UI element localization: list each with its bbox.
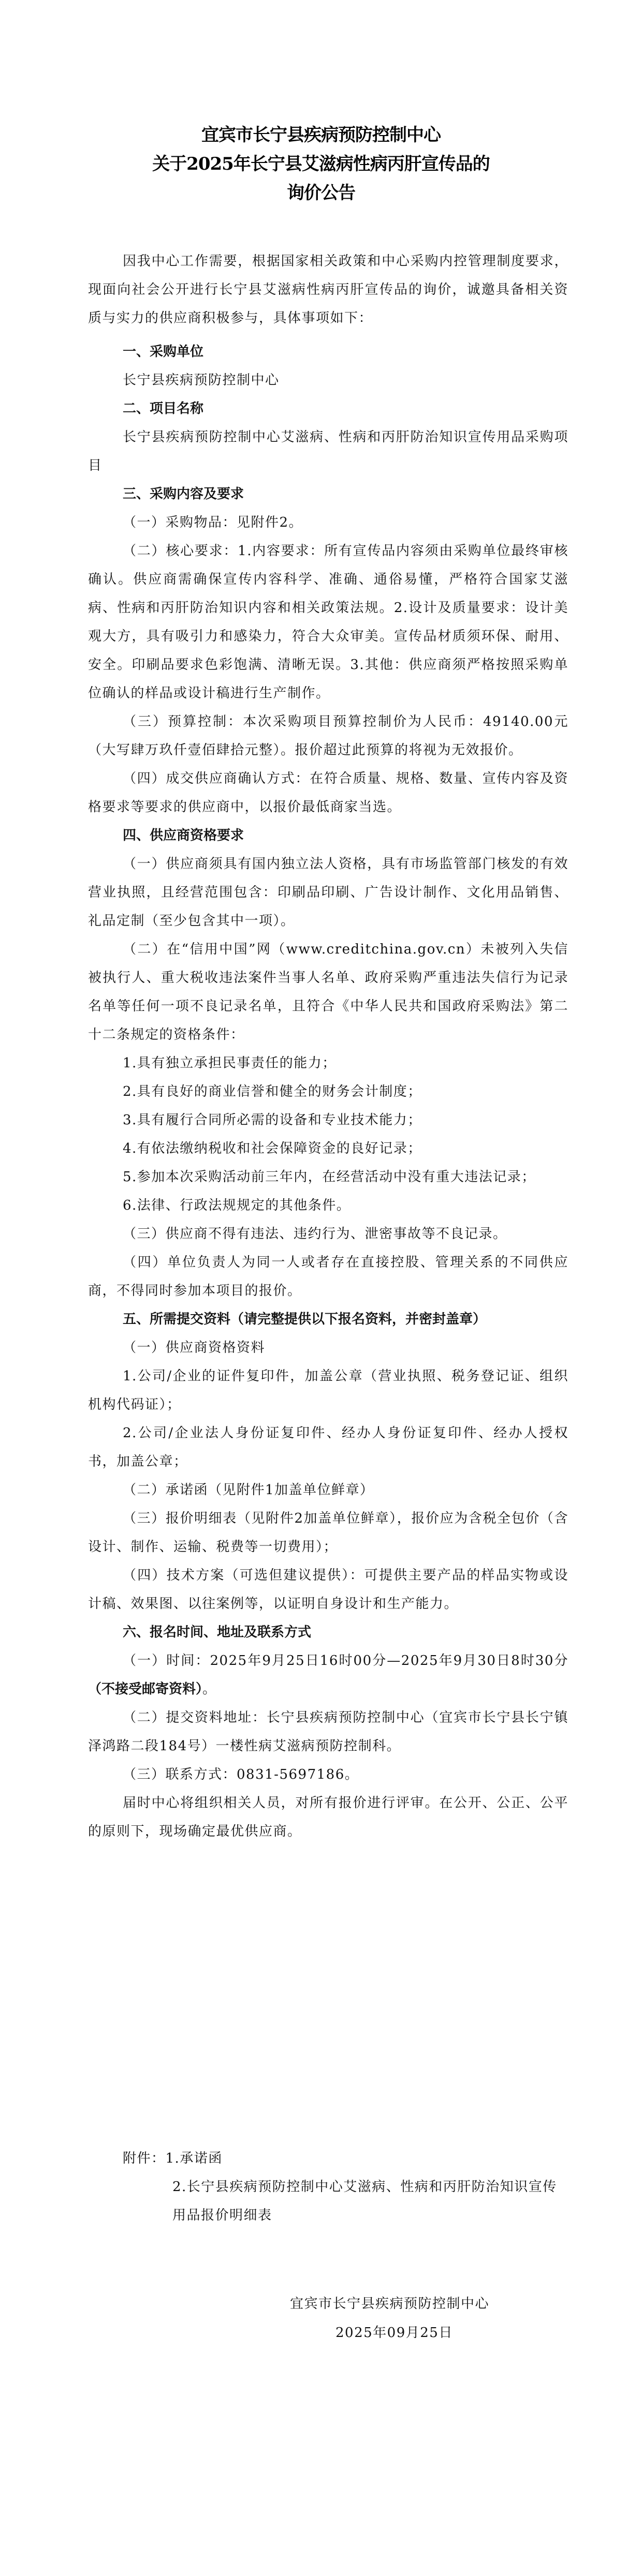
- section-5-item: （二）承诺函（见附件1加盖单位鲜章）: [88, 1476, 568, 1505]
- section-2-text: 长宁县疾病预防控制中心艾滋病、性病和丙肝防治知识宣传用品采购项目: [88, 423, 568, 480]
- no-mail-notice: （不接受邮寄资料）: [88, 1681, 202, 1697]
- registration-time-end: 。: [202, 1681, 217, 1697]
- section-4-item: （三）供应商不得有违法、违约行为、泄密事故等不良记录。: [88, 1220, 568, 1248]
- section-5-item: （三）报价明细表（见附件2加盖单位鲜章），报价应为含税全包价（含设计、制作、运输…: [88, 1505, 568, 1561]
- title-line-3: 询价公告: [0, 181, 642, 205]
- attachment-2: 2.长宁县疾病预防控制中心艾滋病、性病和丙肝防治知识宣传用品报价明细表: [123, 2173, 568, 2230]
- section-4-item: 2.具有良好的商业信誉和健全的财务会计制度；: [88, 1078, 568, 1106]
- title-line-1: 宜宾市长宁县疾病预防控制中心: [0, 123, 642, 147]
- intro-paragraph: 因我中心工作需要，根据国家相关政策和中心采购内控管理制度要求，现面向社会公开进行…: [88, 247, 568, 333]
- section-3-item: （一）采购物品：见附件2。: [88, 509, 568, 537]
- title-line-2: 关于2025年长宁县艾滋病性病丙肝宣传品的: [0, 152, 642, 176]
- section-5-heading: 五、所需提交资料（请完整提供以下报名资料，并密封盖章）: [88, 1305, 568, 1334]
- signature-org: 宜宾市长宁县疾病预防控制中心: [290, 2289, 549, 2318]
- contact-phone: （三）联系方式：0831-5697186。: [88, 1761, 568, 1789]
- registration-time: （一）时间：2025年9月25日16时00分—2025年9月30日8时30分（不…: [88, 1647, 568, 1704]
- notice-body: 因我中心工作需要，根据国家相关政策和中心采购内控管理制度要求，现面向社会公开进行…: [88, 247, 568, 1846]
- section-3-item: （三）预算控制：本次采购项目预算控制价为人民币：49140.00元（大写肆万玖仟…: [88, 708, 568, 765]
- section-4-item: 1.具有独立承担民事责任的能力；: [88, 1049, 568, 1078]
- section-5-item: （一）供应商资格资料: [88, 1334, 568, 1362]
- section-1-text: 长宁县疾病预防控制中心: [88, 366, 568, 395]
- section-4-item: （四）单位负责人为同一人或者存在直接控股、管理关系的不同供应商，不得同时参加本项…: [88, 1248, 568, 1305]
- attachment-1: 附件：1.承诺函: [123, 2145, 568, 2173]
- closing-paragraph: 届时中心将组织相关人员，对所有报价进行评审。在公开、公正、公平的原则下，现场确定…: [88, 1789, 568, 1846]
- section-3-item: （四）成交供应商确认方式：在符合质量、规格、数量、宣传内容及资格要求等要求的供应…: [88, 765, 568, 822]
- submission-address: （二）提交资料地址：长宁县疾病预防控制中心（宜宾市长宁县长宁镇泽鸿路二段184号…: [88, 1704, 568, 1761]
- section-3-heading: 三、采购内容及要求: [88, 480, 568, 509]
- section-4-item: 6.法律、行政法规规定的其他条件。: [88, 1192, 568, 1220]
- section-1-heading: 一、采购单位: [88, 338, 568, 366]
- section-2-heading: 二、项目名称: [88, 395, 568, 423]
- attachment-1-text: 1.承诺函: [166, 2151, 223, 2166]
- registration-time-text: （一）时间：2025年9月25日16时00分—2025年9月30日8时30分: [123, 1653, 568, 1669]
- attachments: 附件：1.承诺函 2.长宁县疾病预防控制中心艾滋病、性病和丙肝防治知识宣传用品报…: [123, 2145, 568, 2230]
- section-5-item: （四）技术方案（可选但建议提供）：可提供主要产品的样品实物或设计稿、效果图、以往…: [88, 1561, 568, 1618]
- section-4-item: （一）供应商须具有国内独立法人资格，具有市场监管部门核发的有效营业执照，且经营范…: [88, 850, 568, 935]
- signature-date: 2025年09月25日: [335, 2318, 594, 2347]
- section-4-item: （二）在“信用中国”网（www.creditchina.gov.cn）未被列入失…: [88, 935, 568, 1049]
- section-4-item: 3.具有履行合同所必需的设备和专业技术能力；: [88, 1106, 568, 1135]
- section-3-item: （二）核心要求：1.内容要求：所有宣传品内容须由采购单位最终审核确认。供应商需确…: [88, 537, 568, 708]
- section-6-heading: 六、报名时间、地址及联系方式: [88, 1618, 568, 1647]
- section-4-item: 5.参加本次采购活动前三年内，在经营活动中没有重大违法记录；: [88, 1163, 568, 1192]
- section-4-item: 4.有依法缴纳税收和社会保障资金的良好记录；: [88, 1135, 568, 1163]
- attachment-2-text: 2.长宁县疾病预防控制中心艾滋病、性病和丙肝防治知识宣传用品报价明细表: [172, 2173, 568, 2230]
- section-4-heading: 四、供应商资格要求: [88, 822, 568, 850]
- section-5-item: 2.公司/企业法人身份证复印件、经办人身份证复印件、经办人授权书，加盖公章；: [88, 1419, 568, 1476]
- attachments-label: 附件：: [123, 2151, 166, 2166]
- section-5-item: 1.公司/企业的证件复印件，加盖公章（营业执照、税务登记证、组织机构代码证）；: [88, 1362, 568, 1419]
